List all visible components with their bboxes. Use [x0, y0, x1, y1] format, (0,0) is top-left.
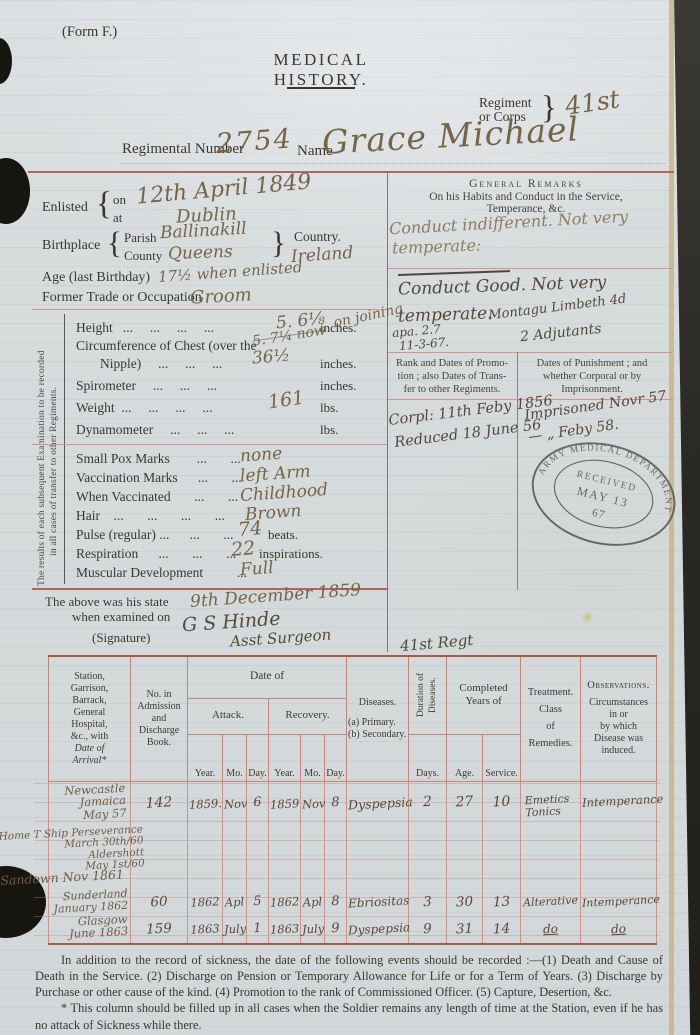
enlisted-at-label: at [113, 210, 122, 226]
col-header-treatment: Treatment. Class of Remedies. [521, 656, 581, 781]
muscular-value: Full [239, 558, 274, 580]
parish-label: Parish [124, 230, 157, 246]
recovery-year-header: Year. [269, 734, 301, 781]
row4-admission-no: 60 [132, 894, 187, 911]
enlisted-on-label: on [113, 192, 126, 208]
promotion-rule-top [388, 352, 672, 353]
row4-treatment: Alterative [522, 895, 580, 910]
birthplace-brace: { [107, 225, 122, 261]
footnote-para1: In addition to the record of sickness, t… [35, 952, 663, 1000]
row4-age: 30 [448, 894, 482, 910]
enlisted-brace: { [96, 186, 112, 223]
row1-attack-day: 6 [248, 795, 268, 810]
service-header: Service. [483, 734, 521, 781]
diseases-header-line1: Diseases. [348, 697, 407, 709]
row1-admission-no: 142 [132, 794, 187, 811]
row1-recovery-mo: Nov [302, 797, 324, 810]
row5-recovery-mo: July [302, 922, 324, 935]
row5-observations: do [582, 921, 656, 937]
row5-disease: Dyspepsia [348, 921, 408, 937]
row4-recovery-day: 8 [326, 895, 346, 910]
row1-recovery-year: 1859 [270, 797, 300, 811]
stamp-year-text: 67 [591, 507, 607, 522]
row4-attack-mo: Apl [224, 895, 246, 908]
examined-label-line2: when examined on [72, 609, 170, 625]
chest-value: 36½ [251, 345, 291, 368]
spirometer-unit: inches. [320, 378, 356, 394]
row5-attack-day: 1 [248, 922, 268, 937]
name-baseline [120, 163, 665, 164]
col-header-duration: Duration of Diseases. [409, 656, 447, 734]
remarks-entry1-line2: temperate: [392, 235, 482, 257]
height-label: Height ... ... ... ... [76, 320, 214, 336]
trade-label: Former Trade or Occupation [42, 290, 202, 306]
station-header-italic: Date of Arrival* [73, 743, 107, 766]
row4-attack-day: 5 [248, 895, 268, 910]
section-rule-top [28, 171, 674, 173]
row1-recovery-day: 8 [326, 795, 346, 810]
dynamometer-label: Dynamometer ... ... ... [76, 422, 234, 438]
observations-header-body: Circumstances in or by which Disease was… [582, 697, 655, 757]
row4-observations: Intemperance [582, 894, 656, 909]
col-header-observations: Observations. Circumstances in or by whi… [581, 656, 657, 781]
row1-age: 27 [448, 794, 482, 810]
row5-treatment: do [522, 922, 580, 938]
row5-attack-year: 1863 [189, 922, 222, 936]
scanned-medical-history-form: (Form F.) MEDICAL HISTORY. Regiment or C… [0, 0, 700, 1035]
recovery-mo-header: Mo. [301, 734, 325, 781]
row1-attack-year: 1859. [189, 797, 222, 811]
spirometer-label: Spirometer ... ... ... [76, 378, 217, 394]
side-bracket-line [64, 314, 65, 584]
duration-header-text: Duration of Diseases. [416, 673, 440, 717]
side-note-line1: The results of each subsequent Examinati… [37, 350, 47, 586]
recovery-day-header: Day. [325, 734, 347, 781]
weight-label: Weight ... ... ... ... [76, 400, 213, 416]
page-title: MEDICAL HISTORY. [228, 50, 414, 90]
col-header-station: Station, Garrison, Barrack, General Hosp… [49, 656, 131, 781]
table-row: Home T Ship Perseverance March 30th/60 A… [49, 834, 657, 874]
age-header: Age. [447, 734, 483, 781]
row4-recovery-mo: Apl [302, 895, 324, 908]
col-header-recovery: Recovery. [269, 698, 347, 734]
table-row: Sandown Nov 1861 [49, 874, 657, 892]
row4-days: 3 [410, 894, 446, 910]
respiration-value: 22 [230, 537, 256, 561]
attack-mo-header: Mo. [223, 734, 247, 781]
table-row: Sunderland January 1862 60 1862 Apl 5 18… [49, 892, 657, 920]
row5-recovery-year: 1863 [270, 922, 300, 936]
regiment-label-line1: Regiment [479, 95, 532, 110]
pulse-label: Pulse (regular) ... ... ... [76, 527, 233, 543]
row5-service: 14 [484, 921, 520, 937]
col-header-diseases: Diseases. (a) Primary. (b) Secondary. [347, 656, 409, 781]
age-label: Age (last Birthday) [42, 270, 150, 286]
county-label: County [124, 248, 162, 264]
smallpox-label: Small Pox Marks ... ... [76, 451, 241, 467]
col-header-completed-years: Completed Years of [447, 656, 521, 734]
side-note-line2: in all cases of transfer to other Regime… [49, 387, 59, 556]
col-header-date-of: Date of [188, 656, 347, 698]
row4-recovery-year: 1862 [270, 895, 300, 909]
diseases-header-line3: (b) Secondary. [348, 729, 407, 741]
examined-label-line1: The above was his state [45, 594, 168, 610]
row1-observations: Intemperance [582, 793, 656, 809]
chest-label-line1: Circumference of Chest (over the [76, 338, 257, 354]
attack-day-header: Day. [247, 734, 269, 781]
pulse-unit: beats. [268, 527, 298, 543]
signature-label: (Signature) [92, 630, 150, 646]
vaccination-label: Vaccination Marks ... ... [76, 470, 242, 486]
footnote-para2: * This column should be filled up in all… [35, 1000, 663, 1032]
sickness-record-table: Station, Garrison, Barrack, General Hosp… [48, 655, 657, 945]
when-vaccinated-label: When Vaccinated ... ... [76, 489, 238, 505]
row1-treatment: Emetics Tonics [521, 792, 579, 818]
row1-disease: Dyspepsia [348, 795, 408, 811]
row5-station: Glasgow June 1863 [49, 920, 131, 944]
row1-days: 2 [410, 794, 446, 810]
general-remarks-title: General Remarks [390, 178, 662, 190]
regimental-number-value: 2754 [215, 123, 294, 159]
title-rule [287, 87, 355, 89]
chest-unit: inches. [320, 356, 356, 372]
general-remarks-subtitle1: On his Habits and Conduct in the Service… [390, 191, 662, 203]
country-label: Country. [294, 229, 341, 245]
observations-header-title: Observations. [582, 680, 655, 693]
promotion-header: Rank and Dates of Promo- tion ; also Dat… [390, 357, 514, 396]
hair-label: Hair ... ... ... ... [76, 508, 225, 524]
row1-service: 10 [484, 794, 520, 810]
footnote: In addition to the record of sickness, t… [35, 952, 663, 1033]
birthplace-close-brace: } [271, 225, 286, 261]
promotion-punishment-divider [517, 352, 518, 590]
station-header-text: Station, Garrison, Barrack, General Hosp… [71, 671, 109, 742]
table-row: Glasgow June 1863 159 1863 July 1 1863 J… [49, 920, 657, 944]
trade-value: Groom [189, 284, 252, 308]
dynamometer-unit: lbs. [320, 422, 338, 438]
row4-attack-year: 1862 [189, 895, 222, 909]
row5-days: 9 [410, 921, 446, 937]
row5-recovery-day: 9 [326, 922, 346, 937]
muscular-label: Muscular Development ... [76, 565, 247, 581]
days-header: Days. [409, 734, 447, 781]
col-header-admission: No. in Admission and Discharge Book. [131, 656, 188, 781]
weight-unit: lbs. [320, 400, 338, 416]
row5-admission-no: 159 [132, 921, 187, 938]
enlisted-label: Enlisted [42, 200, 88, 216]
row5-attack-mo: July [224, 922, 246, 935]
remarks-entry2-line2: temperate. [398, 303, 493, 326]
diseases-header-line2: (a) Primary. [348, 717, 407, 729]
respiration-label: Respiration ... ... ... [76, 546, 236, 562]
birthplace-label: Birthplace [42, 238, 100, 254]
marks-rule-top [32, 444, 387, 445]
chest-label-line2: Nipple) ... ... ... [100, 356, 222, 372]
attack-year-header: Year. [188, 734, 223, 781]
col-header-attack: Attack. [188, 698, 269, 734]
row5-age: 31 [448, 921, 482, 937]
form-label: (Form F.) [62, 24, 117, 41]
row1-attack-mo: Nov [224, 797, 246, 810]
county-value: Queens [168, 242, 233, 264]
paper-stain [581, 611, 594, 623]
row4-service: 13 [484, 894, 520, 910]
measurements-rule-top [32, 309, 387, 310]
row4-disease: Ebriositas [348, 894, 408, 910]
remarks-divider-rule [388, 268, 672, 269]
